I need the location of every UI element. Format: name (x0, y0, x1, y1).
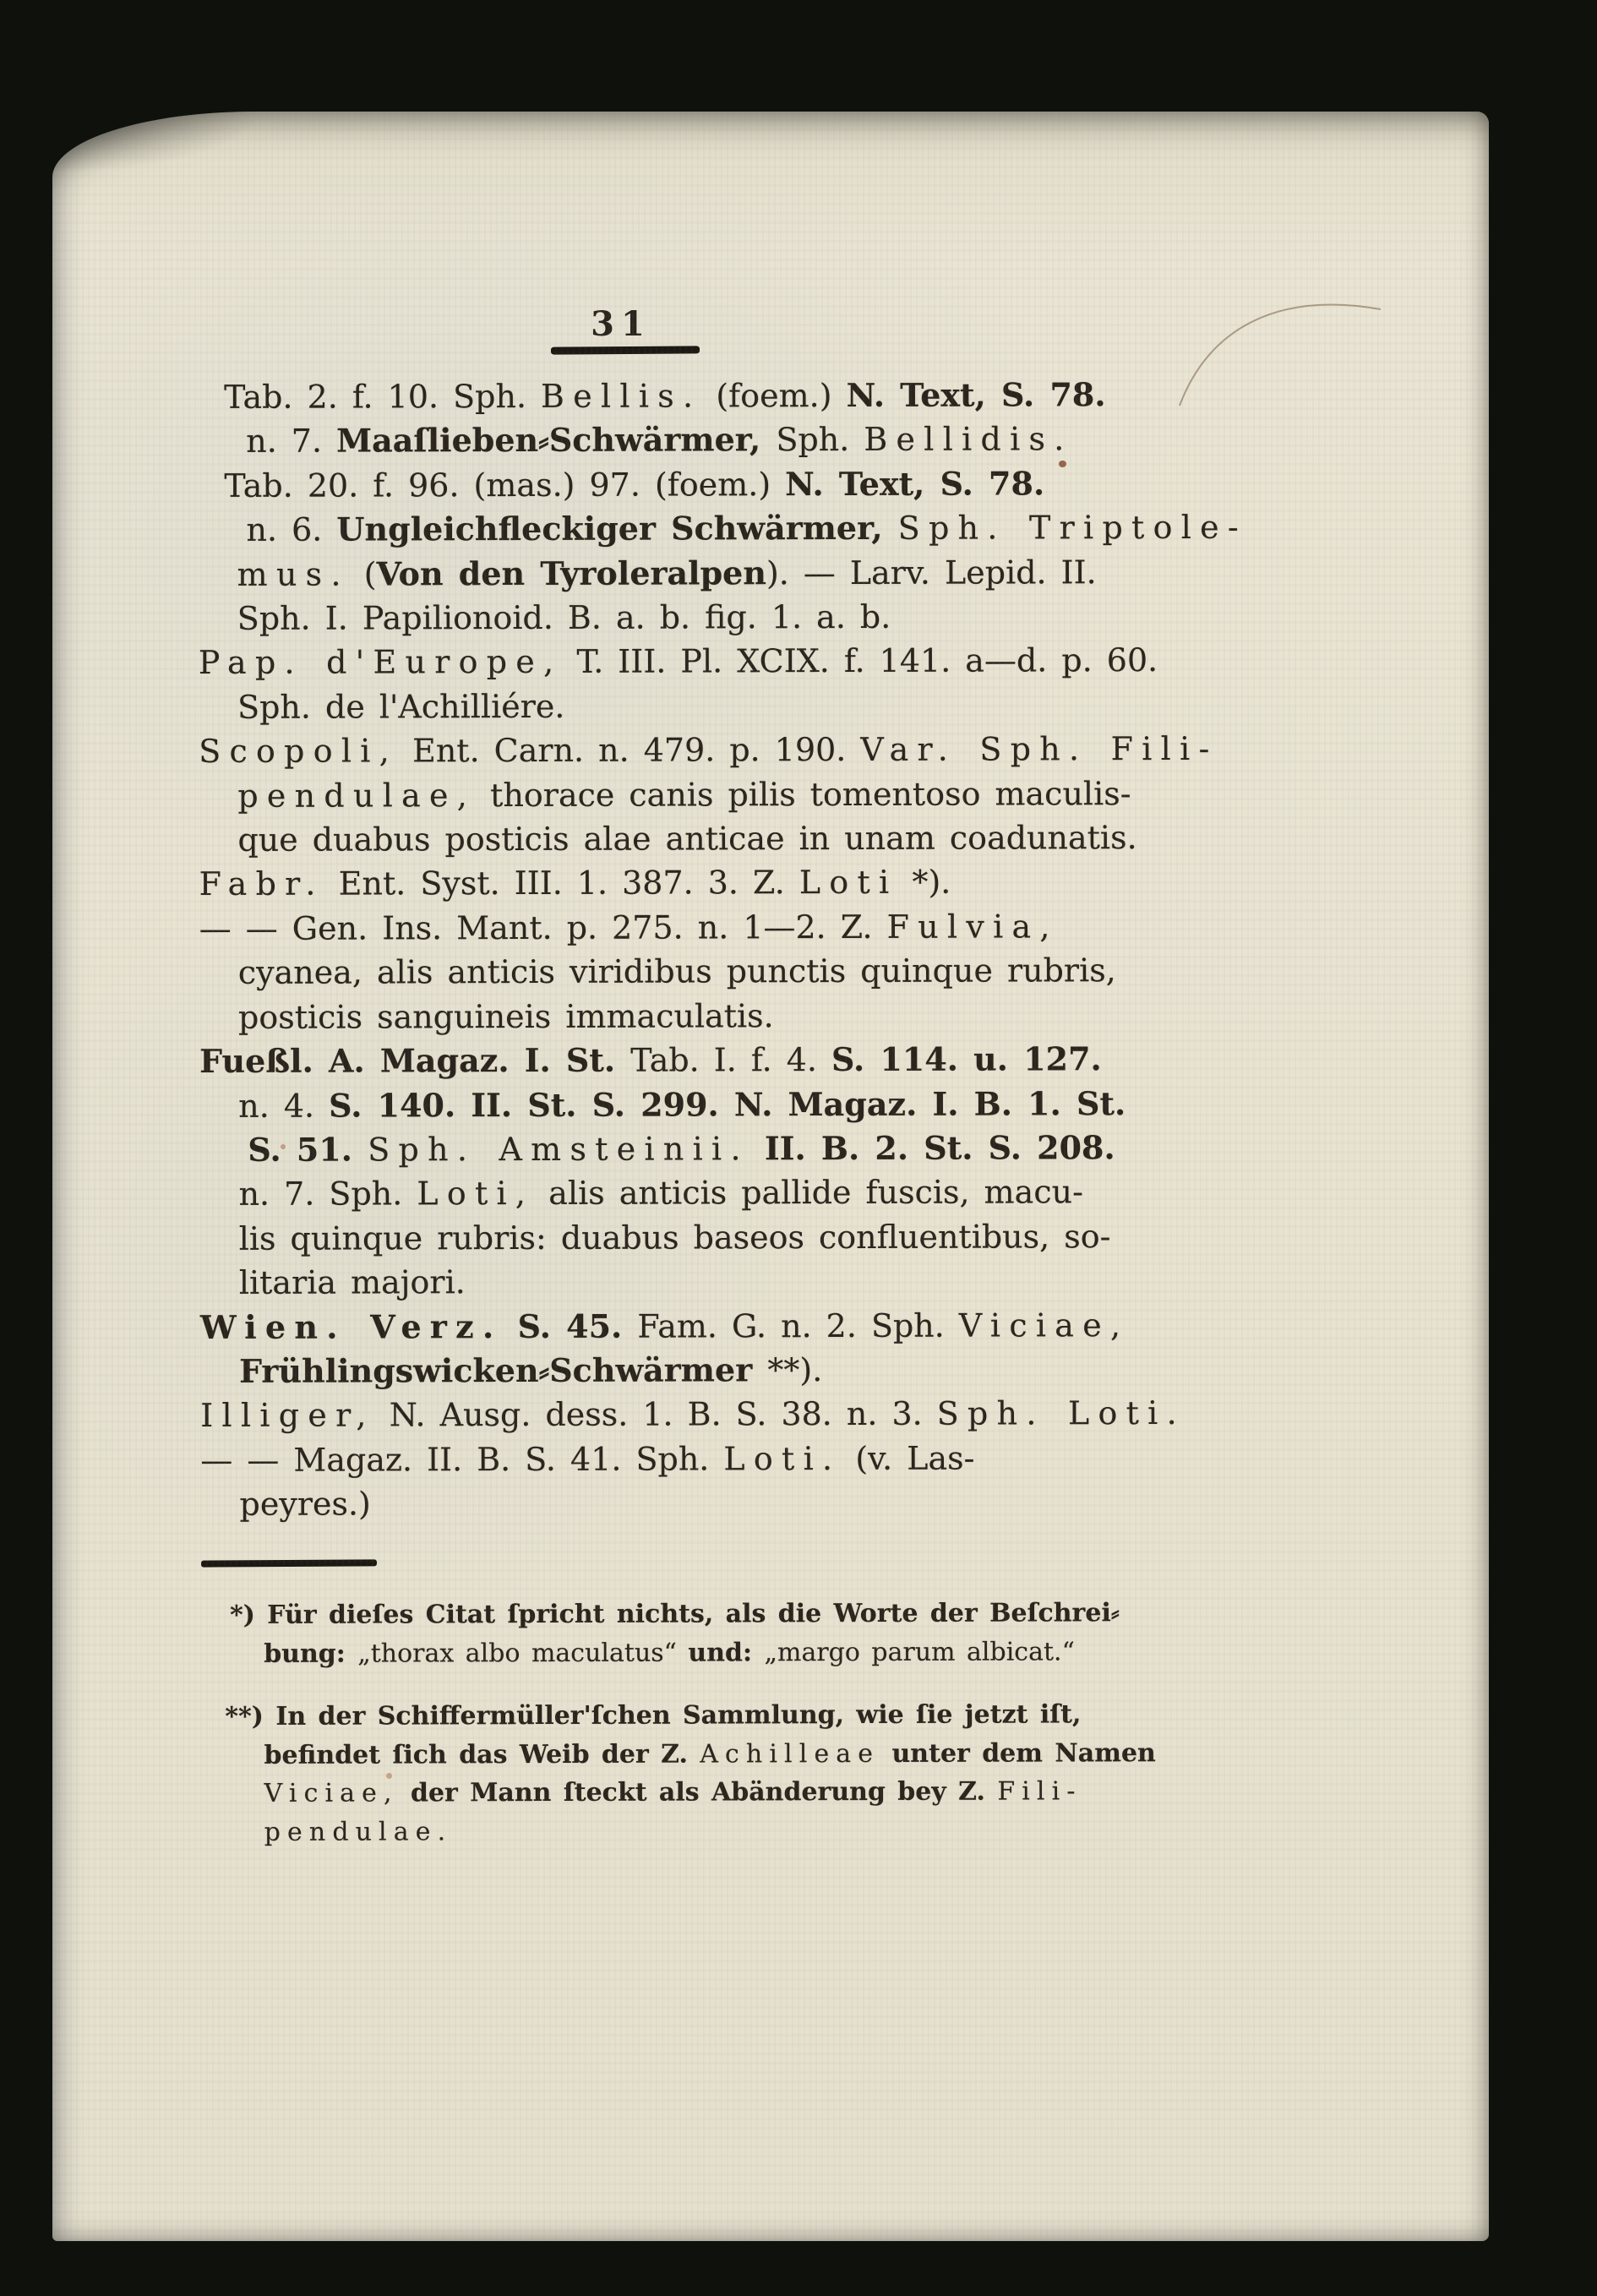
text-segment: thorace canis pilis tomentoso maculis- (476, 775, 1131, 814)
text-segment: Viciae, (959, 1306, 1130, 1344)
text-segment: Sph. Loti. (937, 1394, 1185, 1432)
text-segment: Fili- (997, 1776, 1082, 1806)
text-segment: Bellidis. (864, 421, 1072, 459)
text-line: Wien. Verz. S. 45. Fam. G. n. 2. Sph. Vi… (200, 1303, 1113, 1350)
text-segment: Pap. d'Europe, (199, 643, 563, 681)
text-line: Tab. 2. f. 10. Sph. Bellis. (foem.) N. T… (224, 373, 1110, 419)
text-line: bung: „thorax albo maculatus“ und: „marg… (264, 1633, 1109, 1673)
text-line: **) In der Schiffermüller'ſchen Sammlung… (225, 1695, 1109, 1736)
text-line: n. 6. Ungleichfleckiger Schwärmer, Sph. … (246, 505, 1110, 552)
text-segment: pendulae, (237, 777, 476, 815)
text-segment: — — Gen. Ins. Mant. p. 275. n. 1—2. Z. (199, 908, 887, 947)
text-segment: Ent. Carn. n. 479. p. 190. (398, 731, 860, 769)
text-segment: Tab. 2. f. 10. Sph. (224, 378, 541, 416)
text-segment: Loti. (723, 1440, 841, 1477)
text-line: befindet ſich das Weib der Z. Achilleae … (264, 1734, 1109, 1775)
text-segment: n. 6. (246, 511, 336, 548)
text-line: Viciae, der Mann ſteckt als Abänderung b… (264, 1772, 1109, 1813)
text-line: cyanea, alis anticis viridibus punctis q… (238, 948, 1112, 995)
text-line: Pap. d'Europe, T. III. Pl. XCIX. f. 141.… (199, 639, 1111, 685)
text-line: n. 7. Sph. Loti, alis anticis pallide fu… (238, 1170, 1112, 1216)
text-line: litaria majori. (239, 1258, 1113, 1305)
text-line: S. 51. Sph. Amsteinii. II. B. 2. St. S. … (248, 1126, 1112, 1172)
page-number: 31 (570, 304, 672, 344)
text-line: posticis sanguineis immaculatis. (238, 993, 1112, 1039)
text-line: Fueßl. A. Magaz. I. St. Tab. I. f. 4. S.… (199, 1037, 1112, 1083)
footnote-separator (201, 1559, 377, 1567)
text-segment: ). — Larv. Lepid. II. (766, 554, 1097, 592)
text-segment: *) Für dieſes Citat ſpricht nichts, als … (230, 1598, 1120, 1630)
text-segment: befindet ſich das Weib der Z. (264, 1739, 700, 1770)
text-segment: Fueßl. A. Magaz. I. St. (199, 1041, 630, 1080)
text-segment: Sph. I. Papilionoid. B. a. b. fig. 1. a.… (237, 598, 891, 637)
text-segment: Sph. Amsteinii. (368, 1130, 749, 1168)
text-line: lis quinque rubris: duabus baseos conflu… (239, 1214, 1113, 1261)
text-segment: (foem.) (701, 377, 846, 414)
text-segment: **) In der Schiffermüller'ſchen Sammlung… (225, 1699, 1081, 1732)
text-line: Illiger, N. Ausg. dess. 1. B. S. 38. n. … (200, 1392, 1113, 1438)
text-segment: „thorax albo maculatus“ (357, 1638, 688, 1668)
text-segment: Illiger, (200, 1397, 375, 1435)
text-segment: cyanea, alis anticis viridibus punctis q… (238, 952, 1116, 991)
text-segment: **). (767, 1351, 822, 1388)
text-segment: que duabus posticis alae anticae in unam… (237, 819, 1136, 859)
text-segment: posticis sanguineis immaculatis. (238, 997, 774, 1036)
text-segment: n. 7. (246, 423, 336, 460)
text-segment: n. 7. Sph. (238, 1175, 417, 1213)
text-segment: Fulvia, (887, 908, 1059, 946)
text-line: n. 7. Maaſlieben⸗Schwärmer, Sph. Bellidi… (246, 417, 1110, 464)
text-segment: II. B. 2. St. S. 208. (749, 1128, 1115, 1167)
text-segment: Fabr. (199, 865, 324, 903)
text-segment: S. 45. (502, 1306, 637, 1344)
text-segment: Loti (799, 864, 898, 901)
text-line: Frühlingswicken⸗Schwärmer **). (239, 1347, 1113, 1393)
text-segment: n. 4. (238, 1087, 329, 1124)
text-segment: alis anticis pallide fuscis, macu- (534, 1174, 1083, 1213)
text-line: — — Gen. Ins. Mant. p. 275. n. 1—2. Z. F… (199, 904, 1112, 951)
text-line: *) Für dieſes Citat ſpricht nichts, als … (230, 1594, 1109, 1634)
text-segment: Sph. de l'Achilliére. (237, 688, 565, 726)
text-line: Fabr. Ent. Syst. III. 1. 387. 3. Z. Loti… (199, 860, 1112, 907)
text-segment: N. Text, S. 78. (846, 375, 1105, 414)
text-segment: Ungleichfleckiger Schwärmer, (336, 509, 898, 548)
text-line: pendulae. (264, 1811, 1109, 1852)
text-segment: Tab. I. f. 4. (630, 1041, 831, 1079)
text-segment: N. Ausg. dess. 1. B. S. 38. n. 3. (375, 1395, 937, 1434)
text-segment: ( (350, 555, 377, 592)
text-segment: S. 140. II. St. S. 299. N. Magaz. I. B. … (329, 1084, 1126, 1124)
text-line: Scopoli, Ent. Carn. n. 479. p. 190. Var.… (199, 727, 1111, 773)
text-line: Tab. 20. f. 96. (mas.) 97. (foem.) N. Te… (224, 461, 1110, 508)
text-segment: Tab. 20. f. 96. (mas.) 97. (foem.) (224, 466, 785, 504)
main-text: Tab. 2. f. 10. Sph. Bellis. (foem.) N. T… (198, 373, 1114, 1526)
text-line: Sph. I. Papilionoid. B. a. b. fig. 1. a.… (237, 594, 1111, 641)
text-segment: und: (688, 1638, 764, 1667)
text-segment: S. 51. (248, 1130, 368, 1168)
footnotes: *) Für dieſes Citat ſpricht nichts, als … (230, 1594, 1109, 1852)
text-segment: Scopoli, (199, 733, 398, 771)
text-segment: lis quinque rubris: duabus baseos conflu… (239, 1218, 1111, 1257)
text-line: que duabus posticis alae anticae in unam… (237, 815, 1111, 862)
page-number-rule (551, 346, 700, 354)
text-segment: pendulae. (264, 1817, 453, 1847)
text-segment: unter dem Namen (880, 1738, 1156, 1769)
text-segment: — — Magaz. II. B. S. 41. Sph. (200, 1440, 723, 1479)
text-segment: N. Text, S. 78. (785, 464, 1044, 503)
text-segment: der Mann ſteckt als Abänderung bey Z. (399, 1777, 998, 1808)
text-segment: *). (897, 864, 951, 901)
text-line: mus. (Von den Tyroleralpen). — Larv. Lep… (237, 550, 1111, 597)
text-segment: Loti, (417, 1175, 534, 1212)
text-segment: Frühlingswicken⸗Schwärmer (239, 1350, 767, 1390)
text-segment: mus. (237, 555, 350, 592)
text-segment: Bellis. (541, 377, 701, 414)
text-line: n. 4. S. 140. II. St. S. 299. N. Magaz. … (238, 1082, 1112, 1128)
hairline-mark (1175, 279, 1386, 423)
book-page: 31 Tab. 2. f. 10. Sph. Bellis. (foem.) N… (52, 112, 1489, 2241)
text-segment: Achilleae (700, 1738, 880, 1769)
text-segment: Ent. Syst. III. 1. 387. 3. Z. (324, 864, 799, 903)
text-segment: Von den Tyroleralpen (377, 554, 766, 592)
text-segment: (v. Las- (841, 1439, 974, 1476)
text-segment: peyres.) (239, 1486, 370, 1523)
text-segment: bung: (264, 1639, 357, 1668)
text-segment: S. 114. u. 127. (831, 1039, 1102, 1078)
text-segment: Viciae, (264, 1778, 399, 1808)
text-segment: Sph. Triptole- (898, 509, 1247, 547)
text-segment: litaria majori. (239, 1263, 466, 1301)
text-line: — — Magaz. II. B. S. 41. Sph. Loti. (v. … (200, 1436, 1113, 1482)
scan-background: 31 Tab. 2. f. 10. Sph. Bellis. (foem.) N… (0, 0, 1597, 2296)
text-segment: Wien. Verz. (200, 1307, 503, 1346)
text-segment: „margo parum albicat.“ (764, 1637, 1075, 1667)
text-line: Sph. de l'Achilliére. (237, 683, 1111, 729)
text-segment: Fam. G. n. 2. Sph. (637, 1306, 959, 1344)
text-segment: Var. Sph. Fili- (860, 730, 1218, 768)
text-line: pendulae, thorace canis pilis tomentoso … (237, 772, 1111, 818)
text-line: peyres.) (239, 1480, 1113, 1526)
text-segment: Maaſlieben⸗Schwärmer, (336, 421, 776, 460)
text-segment: T. III. Pl. XCIX. f. 141. a—d. p. 60. (562, 641, 1158, 680)
text-segment: Sph. (776, 421, 864, 458)
